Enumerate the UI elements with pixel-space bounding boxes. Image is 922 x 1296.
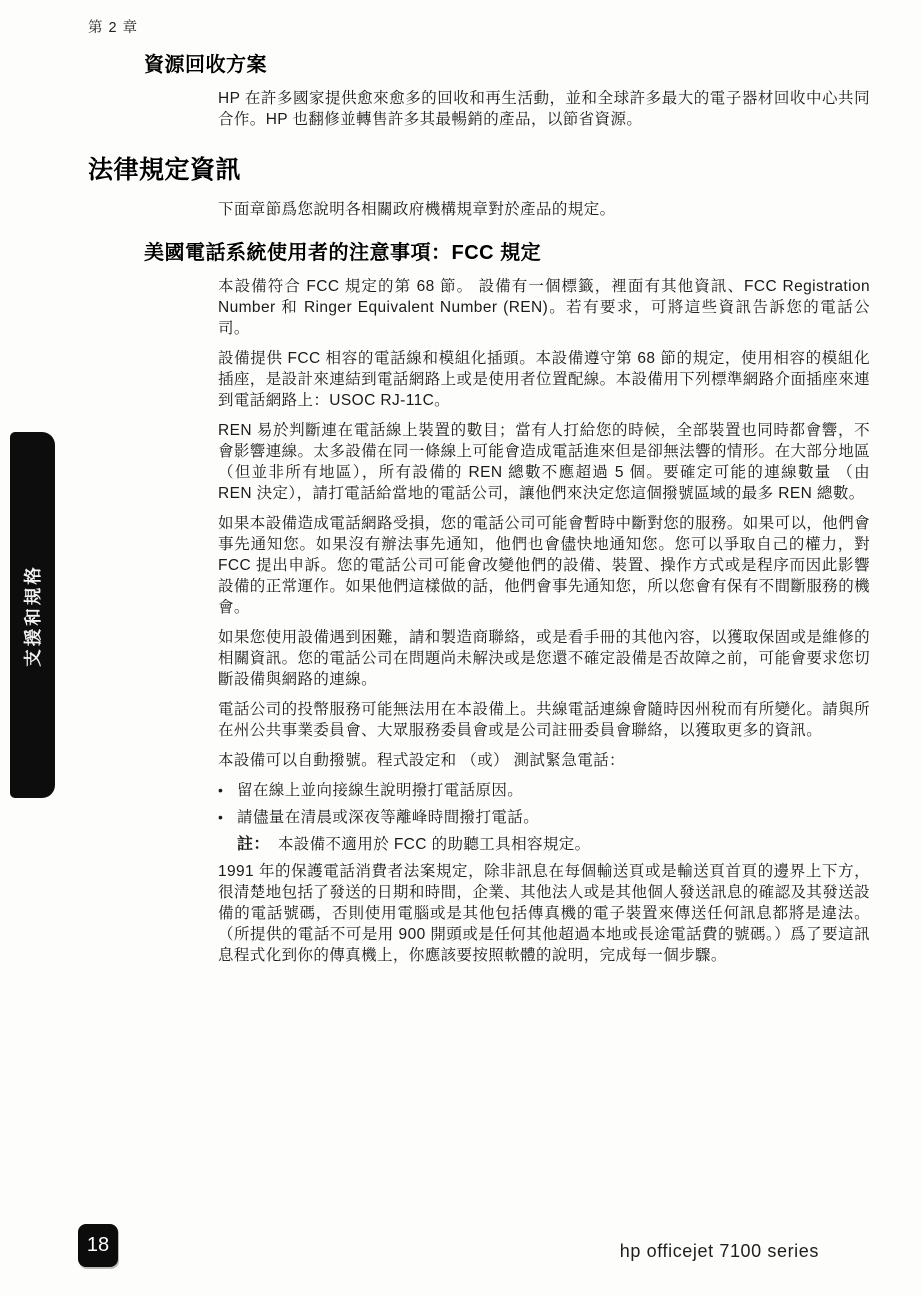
- chapter-label: 第 2 章: [88, 16, 138, 37]
- fcc-paragraph-4: 如果本設備造成電話網路受損，您的電話公司可能會暫時中斷對您的服務。如果可以，他們…: [218, 513, 870, 618]
- fcc-paragraph-3: REN 易於判斷連在電話線上裝置的數目；當有人打給您的時候，全部裝置也同時都會響…: [218, 420, 870, 504]
- bullet-icon: •: [218, 807, 237, 828]
- page-number-badge: 18: [78, 1224, 118, 1267]
- legal-info-heading: 法律規定資訊: [88, 150, 922, 186]
- recycling-heading: 資源回收方案: [144, 48, 922, 77]
- fcc-heading: 美國電話系統使用者的注意事項：FCC 規定: [144, 236, 922, 265]
- list-item: • 留在線上並向接線生說明撥打電話原因。: [218, 780, 870, 801]
- fcc-paragraph-7: 本設備可以自動撥號。程式設定和 （或） 測試緊急電話：: [218, 750, 870, 771]
- section-side-tab: 支援和規格: [10, 432, 55, 798]
- note-label: 註：: [237, 836, 270, 853]
- fcc-paragraph-6: 電話公司的投幣服務可能無法用在本設備上。共線電話連線會隨時因州稅而有所變化。請與…: [218, 699, 870, 741]
- bullet-text: 請儘量在清晨或深夜等離峰時間撥打電話。: [237, 807, 539, 828]
- fcc-closing-paragraph: 1991 年的保護電話消費者法案規定，除非訊息在每個輸送頁或是輸送頁首頁的邊界上…: [218, 861, 870, 966]
- fcc-note: 註：本設備不適用於 FCC 的助聽工具相容規定。: [237, 834, 870, 855]
- fcc-paragraph-5: 如果您使用設備遇到困難，請和製造商聯絡，或是看手冊的其他內容，以獲取保固或是維修…: [218, 627, 870, 690]
- side-tab-label: 支援和規格: [20, 564, 45, 667]
- fcc-paragraph-2: 設備提供 FCC 相容的電話線和模組化插頭。本設備遵守第 68 節的規定，使用相…: [218, 348, 870, 411]
- fcc-paragraph-1: 本設備符合 FCC 規定的第 68 節。 設備有一個標籤，裡面有其他資訊、FCC…: [218, 276, 870, 339]
- bullet-text: 留在線上並向接線生說明撥打電話原因。: [237, 780, 523, 801]
- list-item: • 請儘量在清晨或深夜等離峰時間撥打電話。: [218, 807, 870, 828]
- footer-product-name: hp officejet 7100 series: [620, 1241, 819, 1262]
- note-text: 本設備不適用於 FCC 的助聽工具相容規定。: [278, 836, 591, 853]
- bullet-icon: •: [218, 780, 237, 801]
- manual-page: 第 2 章 資源回收方案 HP 在許多國家提供愈來愈多的回收和再生活動，並和全球…: [0, 0, 922, 1296]
- recycling-body: HP 在許多國家提供愈來愈多的回收和再生活動，並和全球許多最大的電子器材回收中心…: [218, 88, 870, 130]
- legal-intro: 下面章節爲您說明各相關政府機構規章對於產品的規定。: [218, 199, 870, 220]
- page-content: 資源回收方案 HP 在許多國家提供愈來愈多的回收和再生活動，並和全球許多最大的電…: [0, 48, 922, 975]
- fcc-bullet-list: • 留在線上並向接線生說明撥打電話原因。 • 請儘量在清晨或深夜等離峰時間撥打電…: [218, 780, 870, 828]
